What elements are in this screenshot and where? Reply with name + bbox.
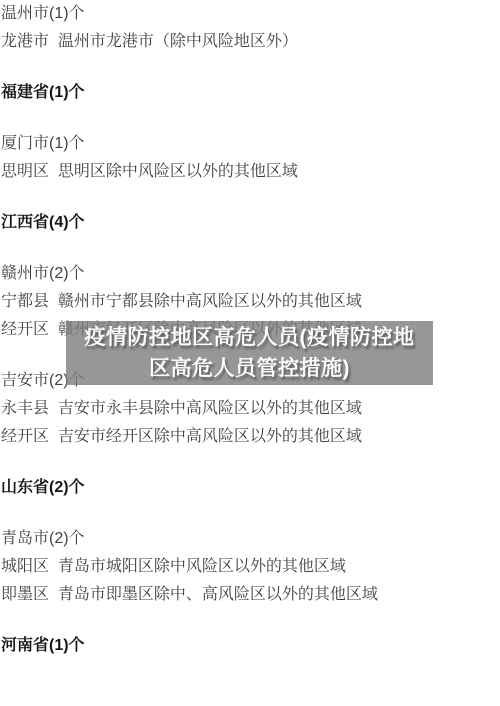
province-header: 江西省(4)个 [1,209,493,237]
doc-line: 经开区 吉安市经开区除中高风险区以外的其他区域 [1,428,362,445]
doc-line: 思明区 思明区除中风险区以外的其他区域 [1,163,298,180]
doc-line: 山东省(2)个 [1,479,85,496]
doc-line: 青岛市(2)个 [1,530,85,547]
province-header: 福建省(1)个 [1,79,493,107]
doc-line: 福建省(1)个 [1,84,85,101]
article-title-line-1: 疫情防控地区高危人员(疫情防控地 [85,322,415,353]
doc-line: 城阳区 青岛市城阳区除中风险区以外的其他区域 [1,558,346,575]
city-block: 厦门市(1)个思明区 思明区除中风险区以外的其他区域 [1,130,493,186]
doc-line: 赣州市(2)个 [1,265,85,282]
doc-line: 永丰县 吉安市永丰县除中高风险区以外的其他区域 [1,400,362,417]
doc-line: 河南省(1)个 [1,637,85,654]
doc-line: 江西省(4)个 [1,214,85,231]
doc-line: 宁都县 赣州市宁都县除中高风险区以外的其他区域 [1,293,362,310]
doc-line: 温州市(1)个 [1,5,85,22]
doc-line: 厦门市(1)个 [1,135,85,152]
province-header: 山东省(2)个 [1,474,493,502]
city-block: 温州市(1)个龙港市 温州市龙港市（除中风险地区外） [1,0,493,56]
city-block: 青岛市(2)个城阳区 青岛市城阳区除中风险区以外的其他区域即墨区 青岛市即墨区除… [1,525,493,609]
article-title-line-2: 区高危人员管控措施) [149,353,350,384]
province-header: 河南省(1)个 [1,632,493,660]
doc-line: 即墨区 青岛市即墨区除中、高风险区以外的其他区域 [1,586,378,603]
doc-line: 龙港市 温州市龙港市（除中风险地区外） [1,33,298,50]
article-title-overlay: 疫情防控地区高危人员(疫情防控地 区高危人员管控措施) [66,321,433,385]
